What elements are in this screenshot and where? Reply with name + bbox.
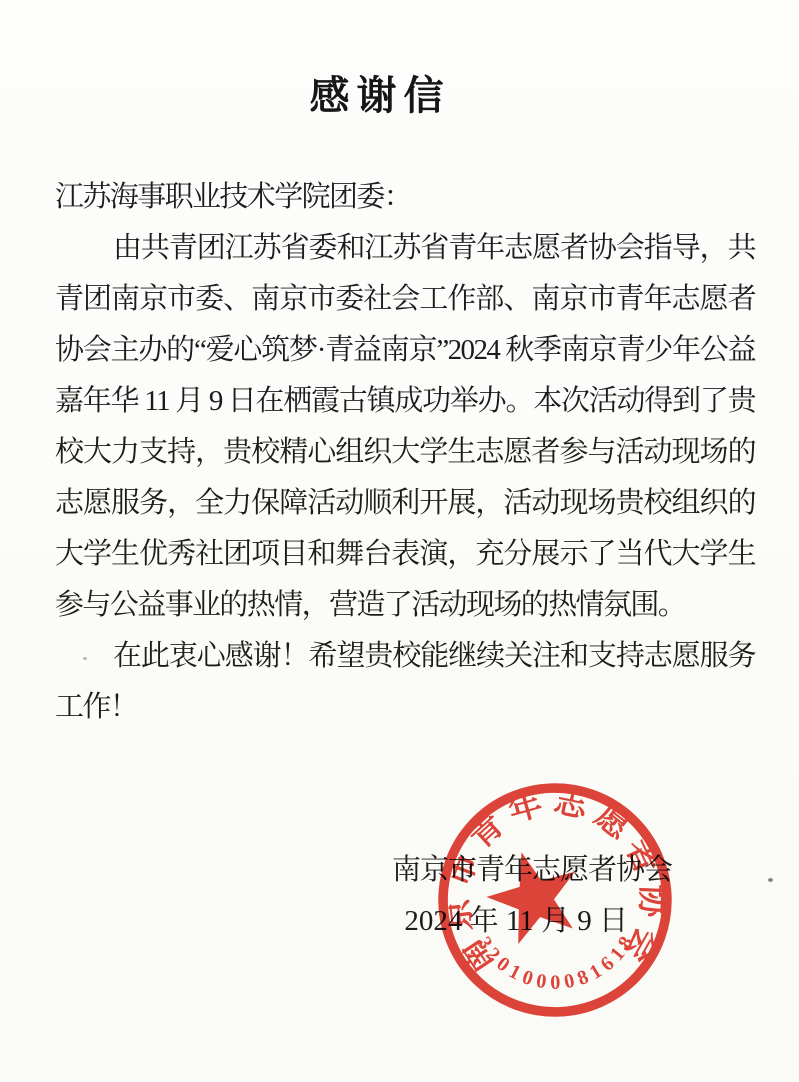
letter-page: 感谢信 江苏海事职业技术学院团委： 由共青团江苏省委和江苏省青年志愿者协会指导，… xyxy=(0,0,799,1082)
paragraph-main: 由共青团江苏省委和江苏省青年志愿者协会指导，共青团南京市委、南京市委社会工作部、… xyxy=(55,223,755,631)
signature-date: 2024 年 11 月 9 日 xyxy=(404,896,628,946)
salutation: 江苏海事职业技术学院团委： xyxy=(55,172,755,223)
scan-speck xyxy=(768,878,773,882)
paragraph-closing: 在此衷心感谢！希望贵校能继续关注和支持志愿服务工作！ xyxy=(55,631,755,733)
letter-title: 感谢信 xyxy=(0,64,760,121)
scan-speck xyxy=(83,657,87,660)
signature-organization: 南京市青年志愿者协会 xyxy=(392,845,672,895)
letter-body: 江苏海事职业技术学院团委： 由共青团江苏省委和江苏省青年志愿者协会指导，共青团南… xyxy=(55,172,755,733)
